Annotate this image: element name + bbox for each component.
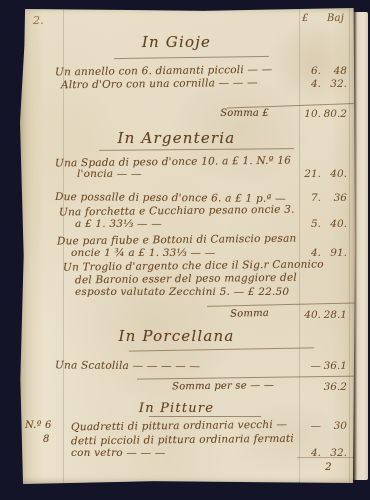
header-underline (129, 347, 314, 351)
entry-line: Una Scatolila — — — — — (55, 359, 200, 372)
sum-rule (207, 302, 370, 307)
entry-amount: 6. 48 (300, 65, 348, 77)
sum-label: Somma (169, 308, 269, 321)
sum-amount: 40. 28.1 (300, 309, 348, 321)
sum-label: Somma per se — — (139, 380, 274, 393)
amount-column-line-right (349, 8, 350, 484)
amount-baiocchi: 36 (321, 192, 347, 204)
entry-line: Due para fiube e Bottoni di Camiscio pes… (57, 233, 297, 248)
amount-lira: 6. (300, 65, 321, 77)
entry-amount: 7. 36 (300, 192, 348, 204)
entry-amount: 5. 40. (300, 218, 348, 230)
amount-lira: 4. (300, 78, 321, 90)
amount-baiocchi: 32. (321, 78, 347, 90)
amount-baiocchi: 48 (321, 65, 347, 77)
sum-amount: 10. 80.2 (300, 108, 348, 120)
entry-line: Altro d'Oro con una cornilla — — — (61, 77, 258, 91)
column-header-lira: £ (302, 13, 309, 24)
amount-lira: 7. (300, 192, 321, 204)
amount-lira: — (300, 360, 321, 372)
amount-lira: 10. (300, 108, 321, 120)
header-underline (114, 56, 269, 59)
amount-baiocchi: 30 (321, 420, 347, 432)
section-title: In Pitture (139, 401, 214, 416)
entry-line: Una forchetta e Cucchiaro pesano oncie 3… (59, 204, 295, 219)
entry-amount: — 30 (300, 420, 348, 432)
amount-lira: — (300, 420, 321, 432)
amount-baiocchi: 36.2 (321, 381, 347, 393)
section-title: In Porcellana (118, 327, 234, 345)
entry-line: detti piccioli di pittura ordinaria ferm… (71, 433, 294, 448)
entry-line: Due possalle di peso d'once 6. a £ 1 p.ª… (55, 191, 286, 205)
amount-lira: 40. (300, 309, 321, 321)
header-underline (149, 416, 261, 417)
section-header-porcellana: In Porcellana (49, 326, 304, 345)
next-page-edge (353, 12, 368, 480)
entry-line: esposto valutato Zecchini 5. — £ 22.50 (75, 286, 289, 298)
amount-baiocchi: 80.2 (321, 108, 347, 120)
entry-line: a £ 1. 33⅓ — — (75, 218, 162, 230)
sum-label: Somma £ (169, 108, 269, 119)
sum-amount: 36.2 (300, 381, 348, 393)
header-underline (99, 148, 294, 151)
manuscript-scan: 2. £ Baj In Gioje Un annello con 6. diam… (0, 0, 370, 500)
amount-baiocchi: 28.1 (321, 309, 347, 321)
section-header-gioje: In Gioje (49, 32, 304, 51)
carry-figure: 2 (325, 461, 332, 473)
amount-lira: 4. (300, 247, 321, 259)
amount-baiocchi: 91. (321, 247, 347, 259)
entry-amount: — 36.1 (300, 360, 348, 372)
entry-amount: 21. 40. (300, 168, 348, 180)
entry-line: Quadretti di pittura ordinaria vecchi — (71, 419, 287, 434)
amount-lira: 21. (300, 168, 321, 180)
sum-rule (137, 375, 370, 379)
entry-line: l'oncia — — (77, 168, 142, 180)
entry-margin-count: 8 (43, 434, 50, 445)
amount-baiocchi: 40. (321, 168, 347, 180)
folio-number: 2. (33, 14, 44, 27)
entry-margin-count: N.º 6 (25, 420, 52, 431)
entry-line: oncie 1 ¾ a £ 1. 33⅓ — — (71, 247, 215, 259)
entry-amount: 4. 32. (300, 78, 348, 90)
amount-baiocchi: 36.1 (321, 360, 347, 372)
amount-lira: 5. (300, 218, 321, 230)
entry-line: con vetro — — — (71, 447, 166, 459)
section-header-argenteria: In Argenteria (49, 128, 304, 147)
section-title: In Gioje (142, 33, 211, 51)
section-header-pitture: In Pitture (49, 397, 304, 416)
column-header-baiocchi: Baj (327, 13, 344, 24)
amount-lira (300, 381, 321, 393)
entry-amount: 4. 91. (300, 247, 348, 259)
entry-line: del Baronio esser del peso maggiore del (75, 272, 297, 287)
manuscript-page: 2. £ Baj In Gioje Un annello con 6. diam… (19, 8, 355, 484)
section-title: In Argenteria (118, 129, 236, 147)
amount-baiocchi: 40. (321, 218, 347, 230)
